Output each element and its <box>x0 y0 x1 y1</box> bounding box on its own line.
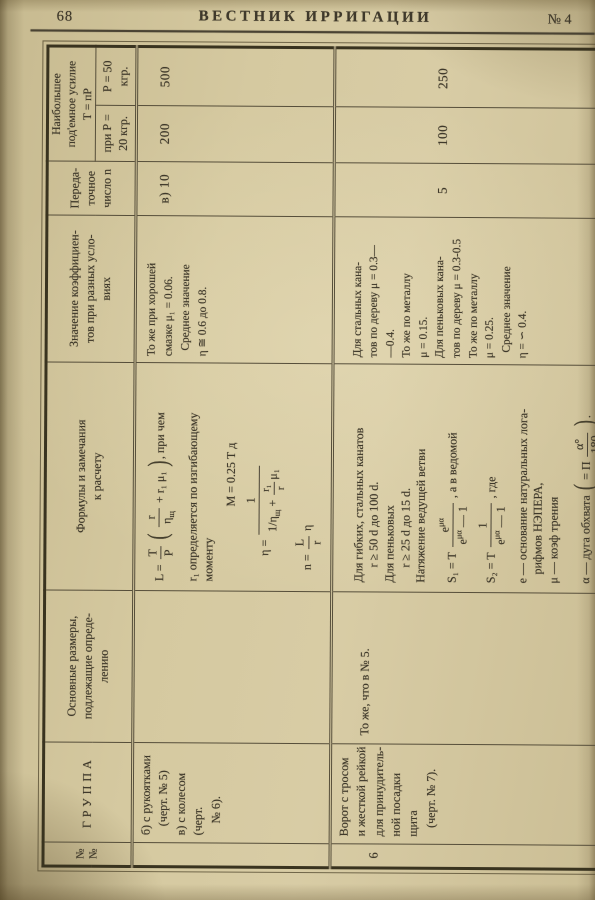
formula-part: e <box>494 539 508 544</box>
page-number: 68 <box>57 9 74 26</box>
cell-ratio-row2: 5 <box>334 163 595 219</box>
scanned-page: 68 ВЕСТНИК ИРРИГАЦИИ № 4 № № ГРУППА Осно… <box>0 0 595 900</box>
formula-n: n = Lr η <box>294 368 325 570</box>
cell-dims-row1 <box>133 591 332 744</box>
formula-part: 1/ <box>266 522 280 531</box>
col-header-dims: Основные размеры, подлежащие опреде- лен… <box>44 590 134 743</box>
formula-arc: α — дуга обхвата ( = П α°180 ). <box>569 370 595 584</box>
formula-part: η = <box>257 540 271 556</box>
formula-part: щ <box>272 510 282 517</box>
cell-p50-row2: 250 <box>334 48 595 109</box>
formula-moment: М = 0.25 Т д <box>223 368 240 582</box>
cell-p20-row1: 200 <box>136 106 334 163</box>
formula-note: r₁ определяется по изгибающему моменту <box>186 367 218 581</box>
cell-group-row2: Ворот с тросом и жесткой рейкой для прин… <box>330 744 595 846</box>
mechanisms-table: № № ГРУППА Основные размеры, подлежащие … <box>41 44 595 871</box>
table-rotation-inner: № № ГРУППА Основные размеры, подлежащие … <box>41 47 589 870</box>
cell-coeff-row2: Для стальных кана- тов по дереву μ = 0.3… <box>333 217 595 366</box>
fraction-s1: eμαeμα — 1 <box>436 503 470 548</box>
open-paren: ( <box>567 484 595 490</box>
formula-part: щ <box>166 511 176 518</box>
formula-part: μα <box>435 518 445 527</box>
fraction-L-over-r: Lr <box>294 536 323 550</box>
formula-part: η <box>266 516 280 522</box>
formula-part: α — дуга обхвата <box>578 495 593 584</box>
cell-dims-row2: То же, что в № 5. <box>331 592 595 746</box>
formula-part: — 1 <box>494 506 508 530</box>
formula-part: μα <box>453 530 463 539</box>
formula-part: η <box>160 518 174 524</box>
formula-part: S₂ = T <box>484 553 498 584</box>
formula-part: , где <box>484 477 498 499</box>
col-header-coeff: Значение коэффициен- тов при разных усло… <box>46 215 136 363</box>
formula-part: e <box>437 527 451 532</box>
formula-part: + r₁ μ₁ <box>153 471 167 503</box>
formula-intro: Для гибких, стальных канатов r ≥ 50 d до… <box>351 368 430 582</box>
col-header-ratio: Переда- точное число n <box>47 161 136 216</box>
journal-title: ВЕСТНИК ИРРИГАЦИИ <box>199 8 433 26</box>
col-header-p20: при Р = 20 кгр. <box>95 105 136 161</box>
formula-part: , при чем <box>153 412 167 459</box>
cell-formulas-row2: Для гибких, стальных канатов r ≥ 50 d до… <box>331 364 595 594</box>
formula-part: e <box>455 539 469 544</box>
cell-group-row1: б) с рукоятками (черт. № 5) в) с колесом… <box>132 742 330 843</box>
formula-part: L = <box>152 564 166 581</box>
formula-part: — 1 <box>455 506 469 530</box>
cell-number-row2: 6 <box>330 844 595 870</box>
issue-number: № 4 <box>548 13 572 29</box>
formula-part: = П <box>579 461 593 480</box>
formula-part: , а в ведомой <box>445 432 459 498</box>
cell-p50-row1: 500 <box>137 46 335 106</box>
fraction-T-over-P: TP <box>146 546 175 560</box>
formula-L: L = TP ( rηщ + r₁ μ₁ ), при чем <box>142 367 180 581</box>
cell-ratio-row1: в) 10 <box>136 162 334 217</box>
formula-part: μ₁ <box>266 469 280 480</box>
cell-formulas-row1: L = TP ( rηщ + r₁ μ₁ ), при чем r₁ опред… <box>134 363 333 592</box>
col-header-group: ГРУППА <box>43 742 133 843</box>
fraction-r-over-eta: rηщ <box>145 508 177 527</box>
formula-part: η <box>300 525 314 531</box>
col-header-formulas: Формулы и замечания к расчету <box>45 362 135 591</box>
formula-eta: η = 1 1/ηщ + r₁rμ₁ <box>245 368 288 556</box>
col-header-force-group: Наибольшее под'емное усилие Т = пР <box>47 46 96 161</box>
cell-coeff-row1: То же при хорошей смазке μ₁ = 0.06. Сред… <box>135 216 334 364</box>
formula-notes: е — основание натуральных лога- рифмов Н… <box>515 369 563 583</box>
cell-p20-row2: 100 <box>334 107 595 165</box>
close-paren: ) <box>141 461 177 467</box>
formula-s1: S₁ = T eμαeμα — 1 , а в ведомой <box>436 369 471 583</box>
fraction-s2: 1eμα — 1 <box>477 503 509 548</box>
cell-number-row1 <box>132 842 330 867</box>
formula-part: n = <box>300 554 314 570</box>
col-header-number: № № <box>43 842 132 867</box>
fraction-eta: 1 1/ηщ + r₁rμ₁ <box>245 466 288 535</box>
formula-part: . <box>579 415 593 418</box>
formula-part: + <box>266 497 280 510</box>
header-rule <box>31 29 595 34</box>
col-header-p50: Р = 50 кгр. <box>96 46 137 105</box>
fraction-r1-over-r: r₁r <box>261 482 287 495</box>
open-paren: ( <box>140 533 176 539</box>
rotated-table-region: № № ГРУППА Основные размеры, подлежащие … <box>41 47 589 870</box>
formula-part: μα <box>492 530 502 539</box>
fraction-arc: α°180 <box>573 432 595 456</box>
formula-part: S₁ = T <box>444 552 458 583</box>
formula-s2: S₂ = T 1eμα — 1 , где <box>476 369 509 583</box>
close-paren: ) <box>567 420 595 426</box>
